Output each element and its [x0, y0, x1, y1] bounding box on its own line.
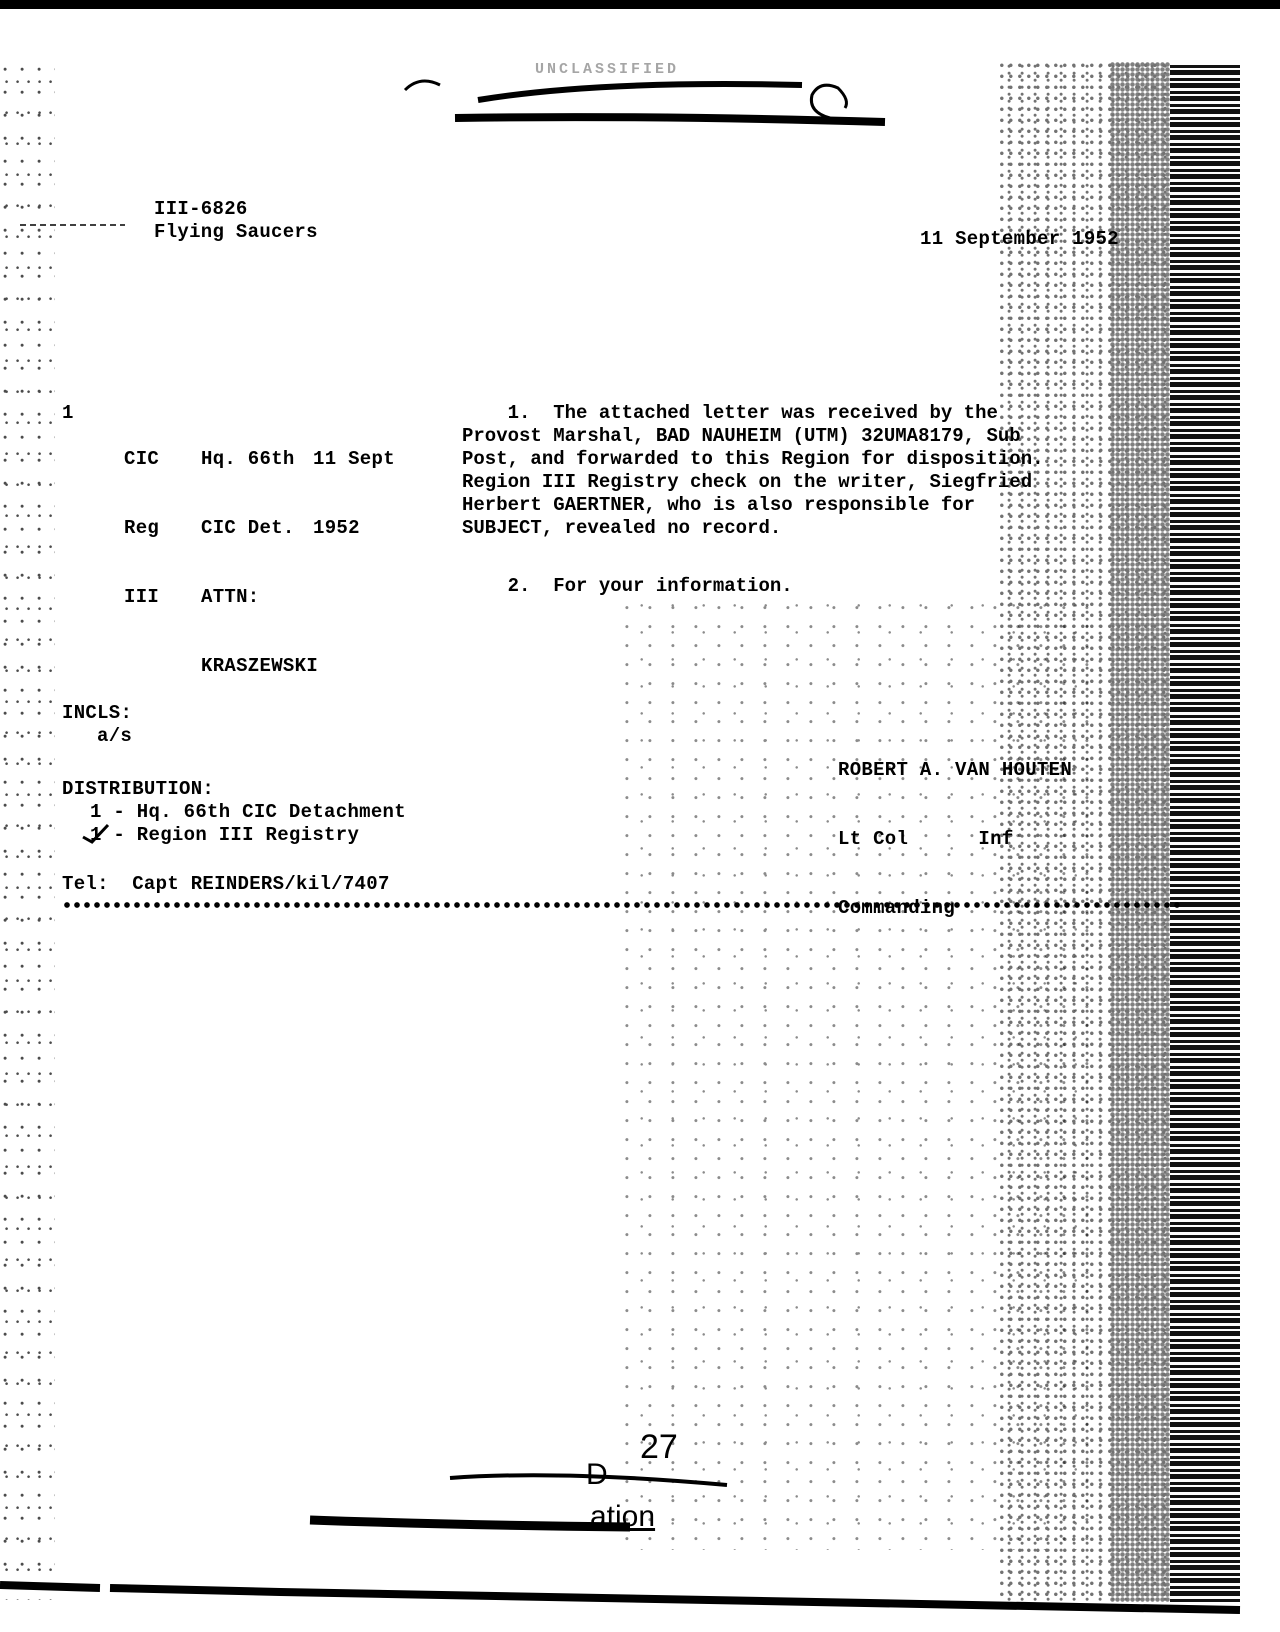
signature-title: Commanding	[838, 897, 1072, 920]
routing-to-line: CIC Det.	[201, 517, 318, 540]
dotted-separator	[62, 902, 1182, 908]
routing-from-line: CIC	[124, 448, 159, 471]
inclosures-label: INCLS:	[62, 702, 132, 725]
routing-date-line: 11 Sept	[313, 448, 395, 471]
routing-number: 1	[62, 402, 74, 425]
signature-block: ROBERT A. VAN HOUTEN Lt Col Inf Commandi…	[838, 713, 1072, 943]
routing-from: CIC Reg III	[124, 402, 159, 632]
paragraph-line: Provost Marshal, BAD NAUHEIM (UTM) 32UMA…	[462, 425, 1102, 448]
distribution-item: 1 - Region III Registry	[90, 824, 359, 847]
paragraph-line: 1. The attached letter was received by t…	[462, 402, 1102, 425]
document-date: 11 September 1952	[920, 228, 1119, 251]
paragraph-line: 2. For your information.	[462, 575, 1102, 598]
routing-to-line: Hq. 66th	[201, 448, 318, 471]
paragraph-line: Region III Registry check on the writer,…	[462, 471, 1102, 494]
paragraph-1: 1. The attached letter was received by t…	[462, 402, 1102, 540]
paragraph-line: SUBJECT, revealed no record.	[462, 517, 1102, 540]
routing-to-line: KRASZEWSKI	[201, 655, 318, 678]
routing-to-line: ATTN:	[201, 586, 318, 609]
routing-from-line: Reg	[124, 517, 159, 540]
signature-rank: Lt Col Inf	[838, 828, 1072, 851]
signature-name: ROBERT A. VAN HOUTEN	[838, 759, 1072, 782]
subject-line: Flying Saucers	[154, 221, 318, 244]
file-number: III-6826	[154, 198, 248, 221]
paragraph-line: Herbert GAERTNER, who is also responsibl…	[462, 494, 1102, 517]
distribution-item: 1 - Hq. 66th CIC Detachment	[90, 801, 406, 824]
paragraph-line: Post, and forwarded to this Region for d…	[462, 448, 1102, 471]
paragraph-2: 2. For your information.	[462, 575, 1102, 598]
routing-date: 11 Sept 1952	[313, 402, 395, 563]
handwritten-mark: D	[586, 1458, 608, 1492]
distribution-label: DISTRIBUTION:	[62, 778, 214, 801]
routing-to: Hq. 66th CIC Det. ATTN: KRASZEWSKI	[201, 402, 318, 701]
footer-stamp-fragment: ation	[590, 1500, 655, 1534]
telephone-line: Tel: Capt REINDERS/kil/7407	[62, 873, 390, 896]
inclosures-value: a/s	[97, 725, 132, 748]
handwritten-page-number: 27	[640, 1428, 678, 1467]
routing-from-line: III	[124, 586, 159, 609]
routing-date-line: 1952	[313, 517, 395, 540]
